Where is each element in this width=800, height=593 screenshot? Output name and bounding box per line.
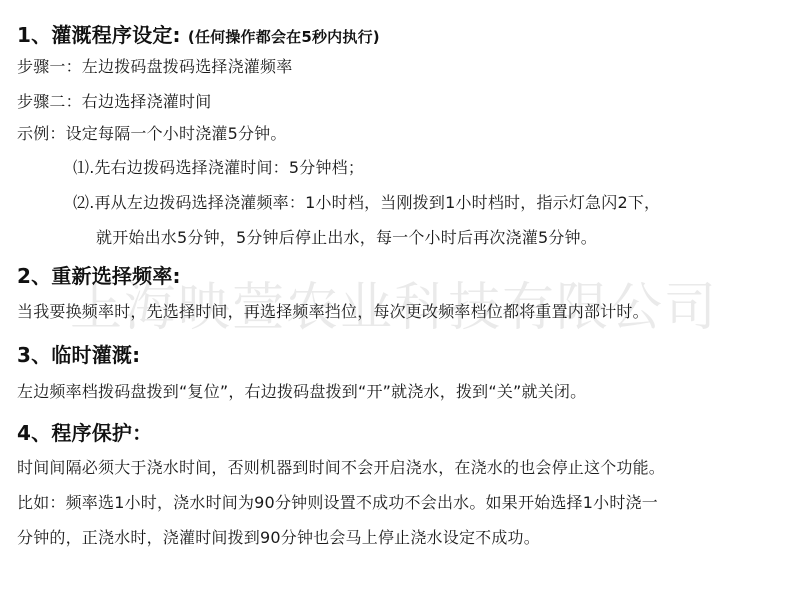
section-4-text-2: 比如：频率选1小时，浇水时间为90分钟则设置不成功不会出水。如果开始选择1小时浇… <box>17 493 658 513</box>
example-step-2: ⑵.再从左边拨码选择浇灌频率：1小时档，当刚拨到1小时档时，指示灯急闪2下， <box>73 193 660 213</box>
section-4-text-1: 时间间隔必须大于浇水时间，否则机器到时间不会开启浇水，在浇水的也会停止这个功能。 <box>17 458 665 478</box>
step-1-text: 步骤一：左边拨码盘拨码选择浇灌频率 <box>17 57 292 77</box>
step-2-text: 步骤二：右边选择浇灌时间 <box>17 92 211 112</box>
section-1-title: 1、灌溉程序设定: <box>17 23 181 47</box>
example-text: 示例：设定每隔一个小时浇灌5分钟。 <box>17 124 287 144</box>
example-step-1: ⑴.先右边拨码选择浇灌时间：5分钟档； <box>73 158 364 178</box>
section-4-heading: 4、程序保护： <box>17 421 152 445</box>
section-2-text: 当我要换频率时，先选择时间，再选择频率挡位，每次更改频率档位都将重置内部计时。 <box>17 302 649 322</box>
section-1-heading: 1、灌溉程序设定: (任何操作都会在5秒内执行) <box>17 23 380 49</box>
section-1-note: (任何操作都会在5秒内执行) <box>188 28 380 46</box>
example-step-2-continued: 就开始出水5分钟，5分钟后停止出水，每一个小时后再次浇灌5分钟。 <box>96 228 597 248</box>
section-2-heading: 2、重新选择频率: <box>17 264 181 288</box>
section-4-text-3: 分钟的，正浇水时，浇灌时间拨到90分钟也会马上停止浇水设定不成功。 <box>17 528 540 548</box>
section-3-text: 左边频率档拨码盘拨到“复位”，右边拨码盘拨到“开”就浇水，拨到“关”就关闭。 <box>17 382 586 402</box>
section-3-heading: 3、临时灌溉: <box>17 343 140 367</box>
